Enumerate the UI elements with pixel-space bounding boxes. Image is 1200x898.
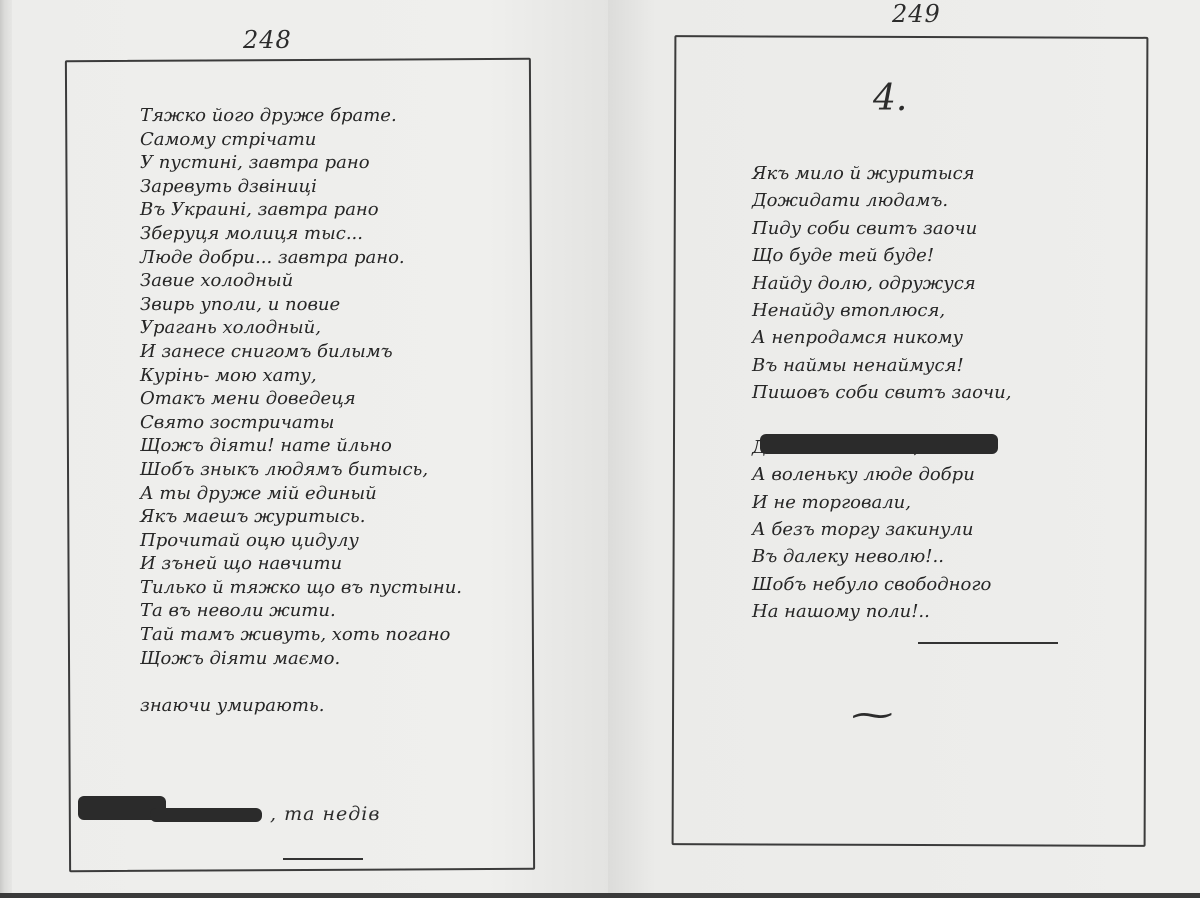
right-page-text: Якъ мило й журитыся Дожидати людамъ. Пид… — [752, 160, 1011, 626]
text-line: Якъ маешъ журитысь. — [140, 505, 462, 529]
text-line: Та въ неволи жити. — [140, 599, 462, 623]
text-line: Въ далеку неволю!.. — [752, 543, 1011, 570]
text-line: Въ Украині, завтра рано — [140, 198, 462, 222]
text-line: Люде добри... завтра рано. — [140, 246, 462, 270]
text-line: Тилько й тяжко що въ пустыни. — [140, 576, 462, 600]
right-page-number: 249 — [892, 0, 941, 28]
text-line: На нашому поли!.. — [752, 598, 1011, 625]
word-underline — [918, 642, 1058, 644]
text-line: Зберуця молиця тыс... — [140, 222, 462, 246]
text-line: Въ наймы ненаймуся! — [752, 352, 1011, 379]
text-line: Курінь- мою хату, — [140, 364, 462, 388]
closing-underline — [283, 858, 363, 860]
text-line: Щожъ діяти! нате йльно — [140, 434, 462, 458]
text-line: Урагань холодный, — [140, 316, 462, 340]
end-flourish: ~ — [847, 695, 898, 735]
text-line: А безъ торгу закинули — [752, 516, 1011, 543]
text-line: Ненайду втоплюся, — [752, 297, 1011, 324]
text-line: А воленьку люде добри — [752, 461, 1011, 488]
strikeout-tail-text: , та недів — [270, 803, 380, 825]
text-line: Пишовъ соби свитъ заочи, — [752, 379, 1011, 406]
text-line: И зъней що навчити — [140, 552, 462, 576]
text-line: Отакъ мени доведеця — [140, 387, 462, 411]
ink-strikeout — [760, 434, 998, 454]
ink-strikeout — [150, 808, 262, 822]
manuscript-spread: 248 Тяжко його друже брате. Самому стріч… — [0, 0, 1200, 893]
text-line: Що буде тей буде! — [752, 242, 1011, 269]
text-line: Самому стрічати — [140, 128, 462, 152]
text-line: Заревуть дзвіниці — [140, 175, 462, 199]
text-line: Звирь уполи, и повие — [140, 293, 462, 317]
text-line: Якъ мило й журитыся — [752, 160, 1011, 187]
left-page-text: Тяжко його друже брате. Самому стрічати … — [140, 104, 462, 717]
text-line: Дожидати людамъ. — [752, 187, 1011, 214]
text-line: И не торговали, — [752, 489, 1011, 516]
left-page-number: 248 — [243, 26, 292, 54]
text-line: А ты друже мій единый — [140, 482, 462, 506]
text-line: У пустині, завтра рано — [140, 151, 462, 175]
text-line: Тай тамъ живуть, хоть погано — [140, 623, 462, 647]
text-line: И занесе снигомъ билымъ — [140, 340, 462, 364]
text-line: А непродамся никому — [752, 324, 1011, 351]
text-line: Свято зостричаты — [140, 411, 462, 435]
text-line: Шобъ небуло свободного — [752, 571, 1011, 598]
scan-bottom-edge — [0, 893, 1200, 898]
text-line: Найду долю, одружуся — [752, 270, 1011, 297]
text-line: Щожъ діяти маємо. — [140, 647, 462, 671]
book-edge — [0, 0, 12, 893]
text-line: Шобъ зныкъ людямъ битысь, — [140, 458, 462, 482]
text-line: Завие холодный — [140, 269, 462, 293]
section-number: 4. — [873, 78, 907, 119]
text-line: знаючи умирають. — [140, 694, 462, 718]
text-line: Пиду соби свитъ заочи — [752, 215, 1011, 242]
text-line: Прочитай оцю цидулу — [140, 529, 462, 553]
text-line: Тяжко його друже брате. — [140, 104, 462, 128]
